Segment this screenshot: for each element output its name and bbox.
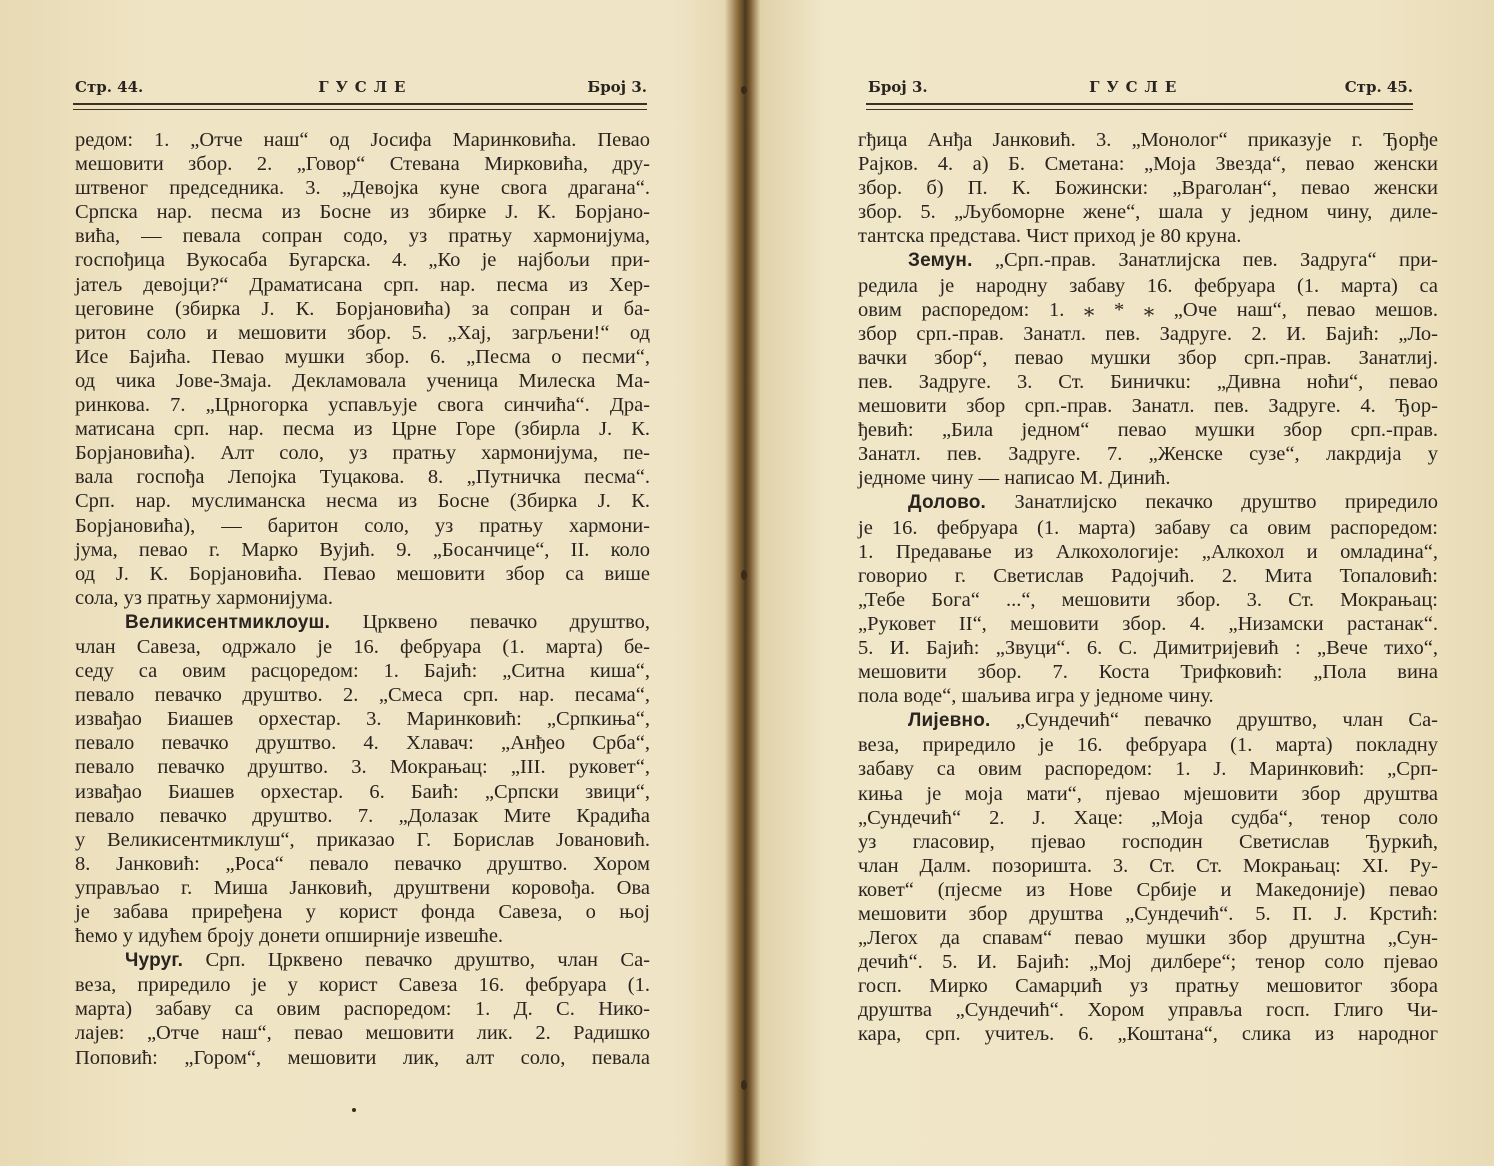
place-heading-velikisentmiklous: Великисентмиклоуш. — [125, 612, 330, 633]
header-rule — [866, 103, 1413, 110]
text-run: Црквено певачко друштво, — [363, 611, 650, 633]
text-line: члан Далм. позоришта. 3. Ст. Ст. Мокрања… — [858, 854, 1438, 878]
text-line: „Сундечић“ 2. Ј. Хаце: „Моја судба“, тен… — [858, 806, 1438, 830]
text-line: „Легох да спавам“ певао мушки збор друшт… — [858, 926, 1438, 950]
paragraph-first-line: Великисентмиклоуш. Црквено певачко друшт… — [75, 610, 650, 635]
text-line: ђевић: „Била једном“ певао мушки збор ср… — [858, 418, 1438, 442]
text-line: цеговине (збирка Ј. К. Борјановића) за с… — [75, 297, 650, 321]
text-line: сола, уз пратњу хармонијума. — [75, 586, 650, 610]
issue-number: Број 3. — [868, 78, 928, 96]
left-body-text: редом: 1. „Отче наш“ од Јосифа Маринкови… — [75, 128, 650, 1070]
binding-mark — [741, 86, 747, 94]
text-line: Борјановића), — баритон соло, уз пратњу … — [75, 514, 650, 538]
text-line: пола воде“, шаљива игра у једноме чину. — [858, 684, 1438, 708]
text-line: госпођица Вукосаба Бугарска. 4. „Ко је н… — [75, 248, 650, 272]
text-line: ћемо у идућем броју донети опширније изв… — [75, 924, 650, 948]
text-line: лајев: „Отче наш“, певао мешовити лик. 2… — [75, 1021, 650, 1045]
text-line: певало певачко друштво. 2. „Смеса срп. н… — [75, 683, 650, 707]
text-line: мешовити збор. 2. „Говор“ Стевана Мирков… — [75, 152, 650, 176]
text-line: певало певачко друштво. 7. „Долазак Мите… — [75, 804, 650, 828]
text-line: штвеног председника. 3. „Девојка куне св… — [75, 176, 650, 200]
text-line: ритон соло и мешовити збор. 5. „Хај, заг… — [75, 321, 650, 345]
text-line: марта) забаву са овим распоредом: 1. Д. … — [75, 997, 650, 1021]
text-line: члан Савеза, одржало је 16. фебруара (1.… — [75, 635, 650, 659]
header-rule — [73, 103, 647, 110]
text-line: ринкова. 7. „Црногорка успављује свога с… — [75, 393, 650, 417]
right-page: Број 3. ГУСЛЕ Стр. 45. гђица Анђа Јанков… — [756, 0, 1494, 1166]
text-line: мешовити збор. 7. Коста Трифковић: „Пола… — [858, 660, 1438, 684]
right-running-head: Број 3. ГУСЛЕ Стр. 45. — [868, 78, 1413, 100]
text-line: збор срп.-прав. Занатл. пев. Задруге. 2.… — [858, 322, 1438, 346]
text-line: Срп. нар. муслиманска несма из Босне (Зб… — [75, 489, 650, 513]
text-line: говорио г. Светислав Радојчић. 2. Мита Т… — [858, 564, 1438, 588]
text-line: Српска нар. песма из Босне из збирке Ј. … — [75, 200, 650, 224]
place-heading-churug: Чуруг. — [125, 950, 183, 971]
text-line: „Тебе Бога“ ...“, мешовити збор. 3. Ст. … — [858, 588, 1438, 612]
text-line: вића, — певала сопран содо, уз пратњу ха… — [75, 224, 650, 248]
page-number: Стр. 44. — [75, 78, 143, 96]
text-run: „Сундечић“ певачко друштво, члан Са- — [1016, 709, 1438, 731]
text-line: извађао Биашев орхестар. 6. Баић: „Српск… — [75, 780, 650, 804]
text-line: кара, срп. учитељ. 6. „Коштана“, слика и… — [858, 1022, 1438, 1046]
text-line: јатељ девојци?“ Драматисана срп. нар. пе… — [75, 273, 650, 297]
text-line: вачки збор“, певао мушки збор срп.-прав.… — [858, 346, 1438, 370]
text-line: киња је моја мати“, пјевао мјешовити збо… — [858, 782, 1438, 806]
text-line: извађао Биашев орхестар. 3. Маринковић: … — [75, 707, 650, 731]
text-line: госп. Мирко Самарџић уз пратњу мешовитог… — [858, 974, 1438, 998]
text-line: „Руковет II“, мешовити збор. 4. „Низамск… — [858, 612, 1438, 636]
text-line: забаву са овим распоредом: 1. Ј. Маринко… — [858, 757, 1438, 781]
text-line: Поповић: „Гором“, мешовити лик, алт соло… — [75, 1046, 650, 1070]
text-line: 1. Предавање из Алкохологије: „Алкохол и… — [858, 540, 1438, 564]
text-line: веза, приредило је 16. фебруара (1. март… — [858, 733, 1438, 757]
right-body-text: гђица Анђа Јанковић. 3. „Монолог“ приказ… — [858, 128, 1438, 1047]
place-heading-zemun: Земун. — [908, 250, 973, 271]
text-line: уз гласовир, пјевао господин Светислав Ђ… — [858, 830, 1438, 854]
text-line: Борјановића). Алт соло, уз пратњу хармон… — [75, 441, 650, 465]
place-heading-dolovo: Долово. — [908, 492, 986, 513]
text-line: певало певачко друштво. 4. Хлавач: „Анђе… — [75, 731, 650, 755]
text-line: дечић“. 5. И. Бајић: „Мој дилбере“; тено… — [858, 950, 1438, 974]
text-line: управљао г. Миша Јанковић, друштвени кор… — [75, 876, 650, 900]
text-line: редила је народну забаву 16. фебруара (1… — [858, 274, 1438, 298]
text-line: од Ј. К. Борјановића. Певао мешовити збо… — [75, 562, 650, 586]
text-line: веза, приредило је у корист Савеза 16. ф… — [75, 973, 650, 997]
text-line: Исе Бајића. Певао мушки збор. 6. „Песма … — [75, 345, 650, 369]
text-line: друштва „Сундечић“. Хором управља госп. … — [858, 998, 1438, 1022]
text-line: од чика Јове-Змаја. Декламовала ученица … — [75, 369, 650, 393]
text-line: певало певачко друштво. 3. Мокрањац: „II… — [75, 755, 650, 779]
left-page: Стр. 44. ГУСЛЕ Број 3. редом: 1. „Отче н… — [0, 0, 740, 1166]
text-line: седу са овим расцоредом: 1. Бајић: „Ситн… — [75, 659, 650, 683]
text-run: Занатлијско пекачко друштво приредило — [1014, 491, 1438, 513]
binding-mark — [741, 570, 747, 580]
text-line: матисана срп. нар. песма из Црне Горе (з… — [75, 417, 650, 441]
text-line: 5. И. Бајић: „Звуци“. 6. С. Димитријевић… — [858, 636, 1438, 660]
text-line: 8. Јанковић: „Роса“ певало певачко друшт… — [75, 852, 650, 876]
paragraph-first-line: Долово. Занатлијско пекачко друштво прир… — [858, 490, 1438, 515]
journal-title: ГУСЛЕ — [1089, 78, 1183, 96]
paragraph-first-line: Лијевно. „Сундечић“ певачко друштво, чла… — [858, 708, 1438, 733]
text-line: је забава приређена у корист фонда Савез… — [75, 900, 650, 924]
issue-number: Број 3. — [587, 78, 647, 96]
text-line: је 16. фебруара (1. марта) забаву са ови… — [858, 516, 1438, 540]
text-line: мешовити збор друштва „Сундечић“. 5. П. … — [858, 902, 1438, 926]
text-run: „Срп.-прав. Занатлијска пев. Задруга“ пр… — [995, 249, 1438, 271]
journal-title: ГУСЛЕ — [318, 78, 412, 96]
text-line: јума, певао г. Марко Вујић. 9. „Босанчиц… — [75, 538, 650, 562]
page-number: Стр. 45. — [1345, 78, 1413, 96]
text-line: гђица Анђа Јанковић. 3. „Монолог“ приказ… — [858, 128, 1438, 152]
text-line: тантска представа. Чист приход је 80 кру… — [858, 224, 1438, 248]
text-line: збор. б) П. К. Божински: „Враголан“, пев… — [858, 176, 1438, 200]
left-running-head: Стр. 44. ГУСЛЕ Број 3. — [75, 78, 647, 100]
text-line: Занатл. пев. Задруге. 7. „Женске сузе“, … — [858, 442, 1438, 466]
text-line: пев. Задруге. 3. Ст. Биничкu: „Дивна ноћ… — [858, 370, 1438, 394]
text-line: ковет“ (пјесме из Нове Србије и Македони… — [858, 878, 1438, 902]
text-run: Срп. Црквено певачко друштво, члан Са- — [205, 949, 650, 971]
book-spread: Стр. 44. ГУСЛЕ Број 3. редом: 1. „Отче н… — [0, 0, 1494, 1166]
text-line: редом: 1. „Отче наш“ од Јосифа Маринкови… — [75, 128, 650, 152]
place-heading-lijevno: Лијевно. — [908, 710, 991, 731]
text-line: збор. 5. „Љубоморне жене“, шала у једном… — [858, 200, 1438, 224]
text-line: овим распоредом: 1. ⁎ * ⁎ „Оче наш“, пев… — [858, 298, 1438, 322]
text-line: једноме чину — написао М. Динић. — [858, 466, 1438, 490]
text-line: у Великисентмиклуш“, приказао Г. Борисла… — [75, 828, 650, 852]
paragraph-first-line: Чуруг. Срп. Црквено певачко друштво, чла… — [75, 948, 650, 973]
text-line: Рајков. 4. а) Б. Сметана: „Моја Звезда“,… — [858, 152, 1438, 176]
ink-speck — [352, 1108, 356, 1112]
binding-mark — [741, 1080, 747, 1090]
text-line: мешовити збор срп.-прав. Занатл. пев. За… — [858, 394, 1438, 418]
text-line: вала госпођа Лепојка Туцакова. 8. „Путни… — [75, 465, 650, 489]
paragraph-first-line: Земун. „Срп.-прав. Занатлијска пев. Задр… — [858, 248, 1438, 273]
